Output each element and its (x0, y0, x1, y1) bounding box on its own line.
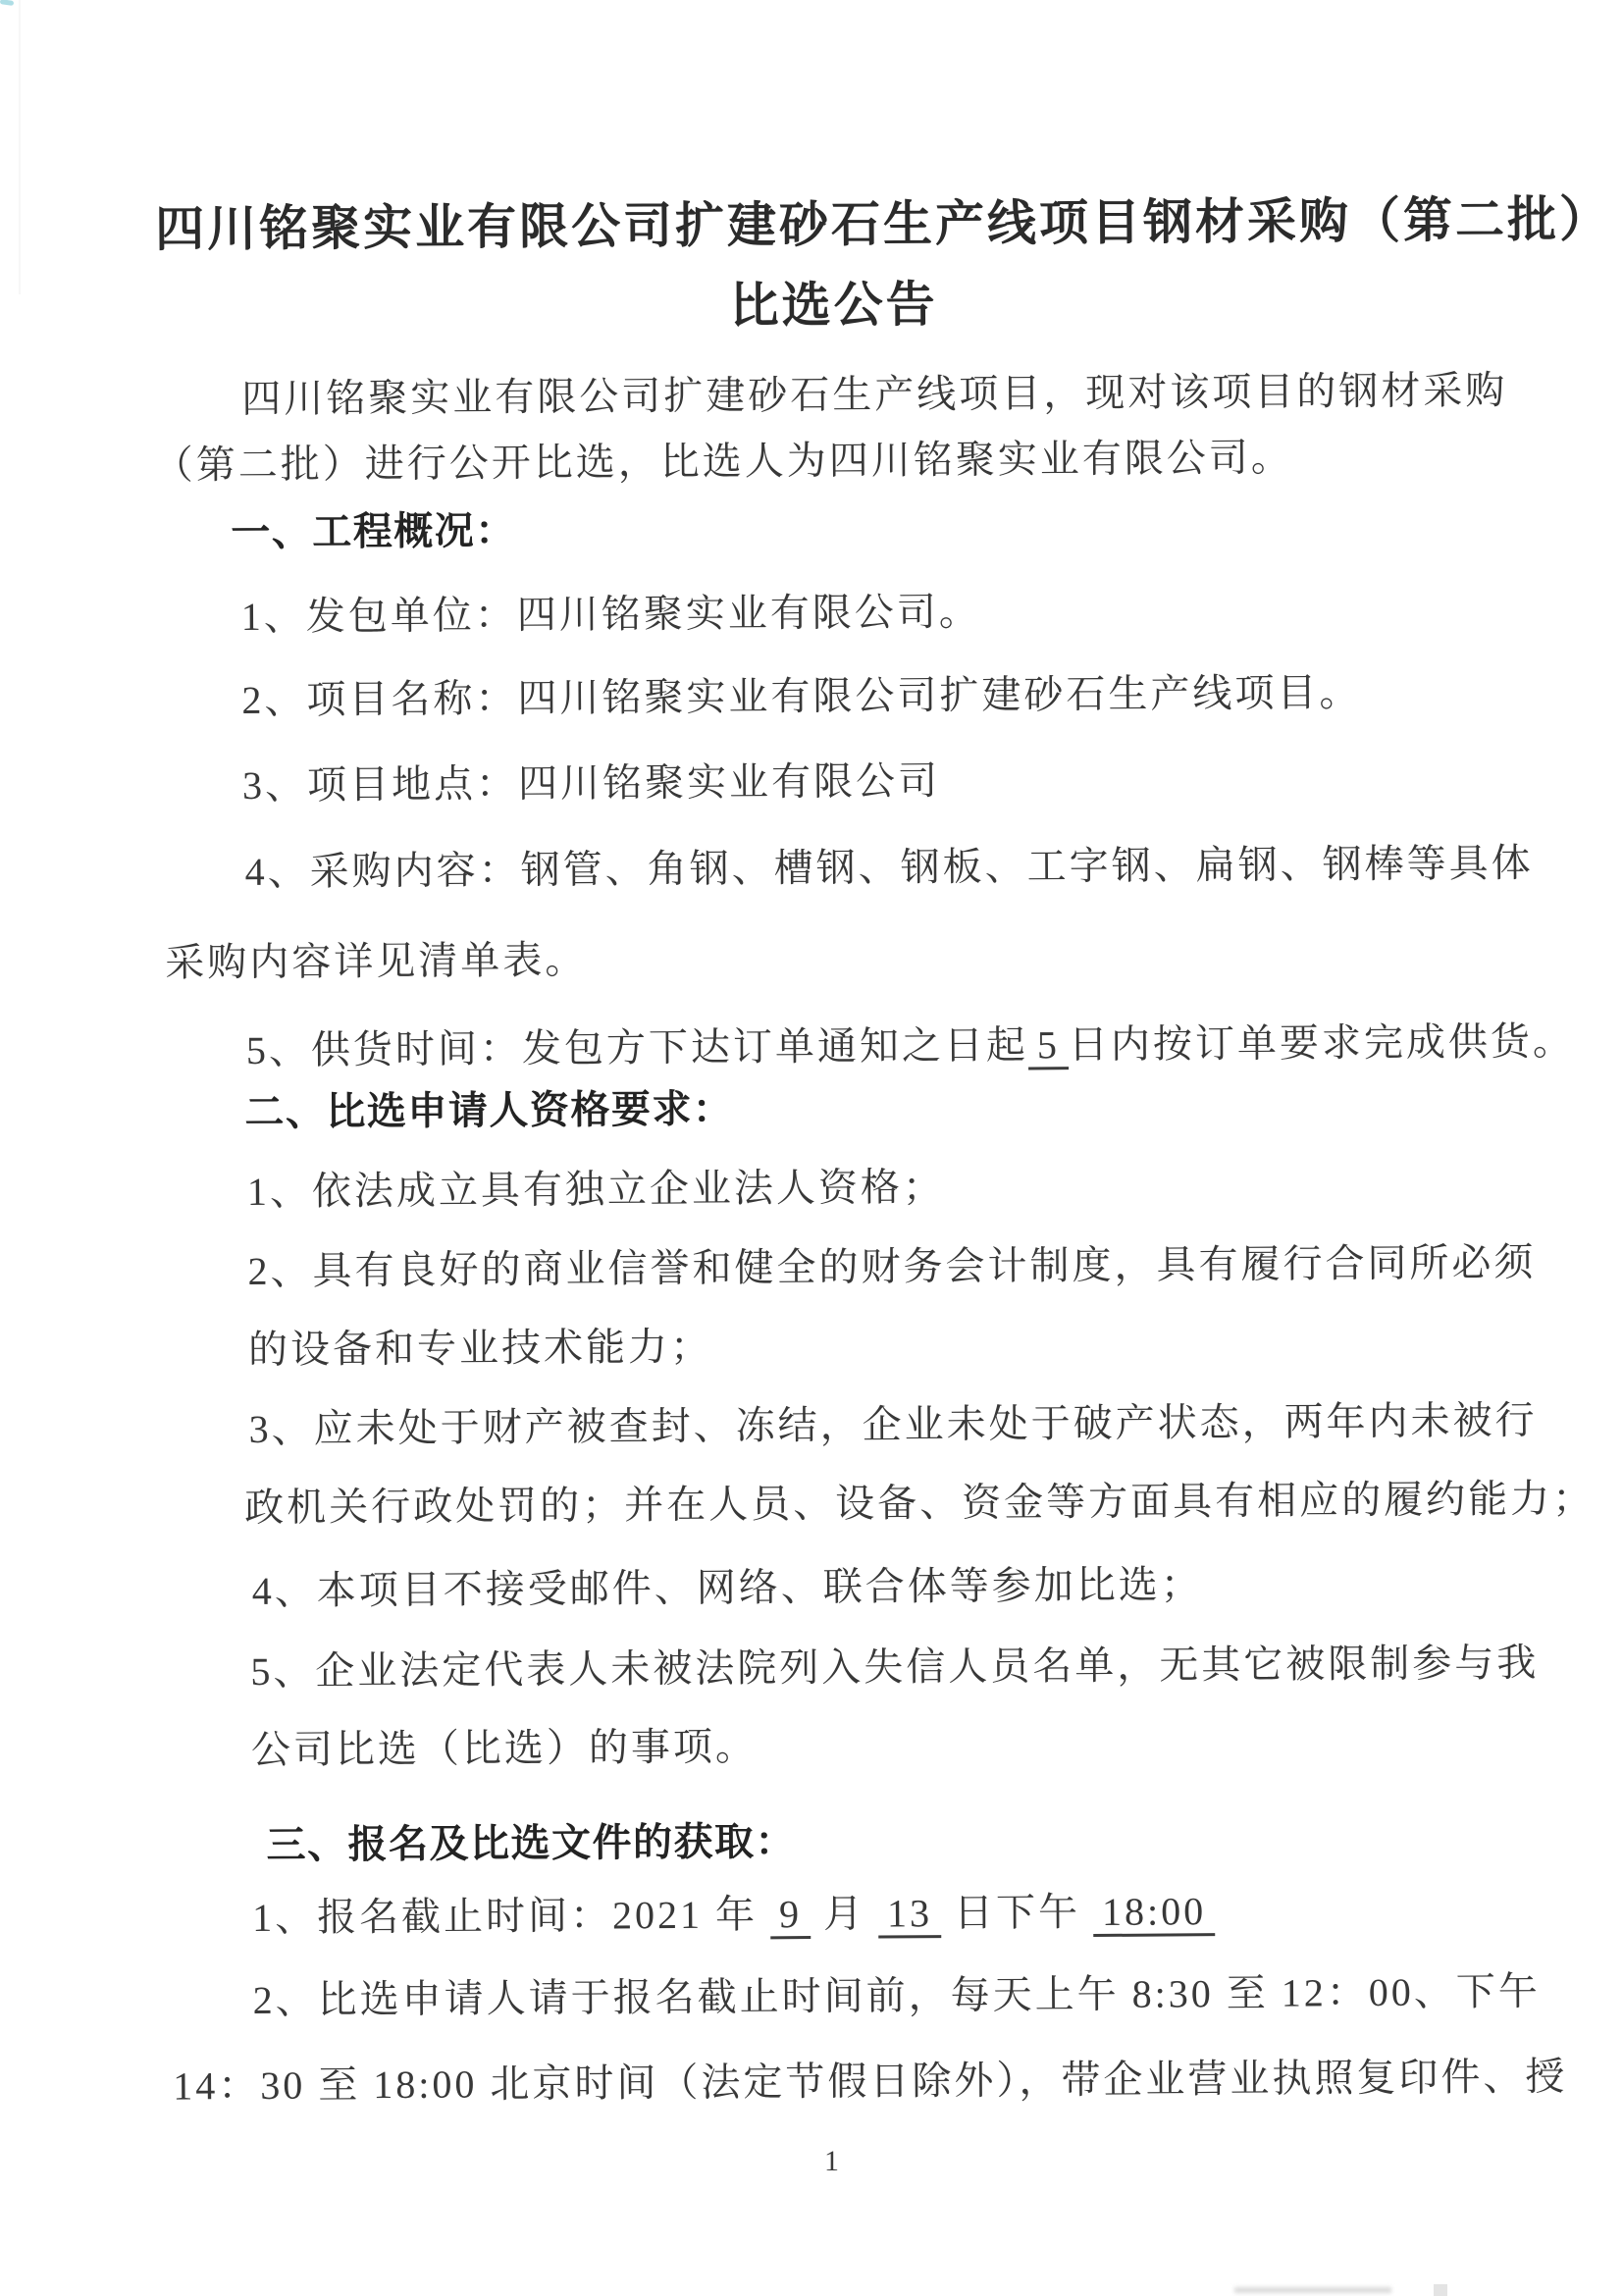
section3-item1-mid1: 月 (823, 1892, 865, 1936)
section3-item1-prefix: 1、报名截止时间：2021 年 (252, 1892, 758, 1940)
section3-item2-line2: 14：30 至 18:00 北京时间（法定节假日除外），带企业营业执照复印件、授 (173, 2056, 1567, 2109)
section1-item3: 3、项目地点：四川铭聚实业有限公司 (242, 759, 940, 808)
document-page: 四川铭聚实业有限公司扩建砂石生产线项目钢材采购（第二批） 比选公告 四川铭聚实业… (0, 0, 1623, 2296)
section1-item5-suffix: 日内按订单要求完成供货。 (1069, 1019, 1575, 1068)
section3-item1: 1、报名截止时间：2021 年 9 月 13 日下午 18:00 (252, 1890, 1215, 1940)
document-content: 四川铭聚实业有限公司扩建砂石生产线项目钢材采购（第二批） 比选公告 四川铭聚实业… (0, 0, 1623, 2296)
section1-heading: 一、工程概况： (231, 509, 516, 554)
section2-item4: 4、本项目不接受邮件、网络、联合体等参加比选； (252, 1563, 1203, 1613)
section2-item1: 1、依法成立具有独立企业法人资格； (247, 1166, 945, 1214)
section1-item5-days-underlined: 5 (1028, 1022, 1069, 1070)
section3-item1-time-underlined: 18:00 (1093, 1889, 1215, 1937)
intro-line1: 四川铭聚实业有限公司扩建砂石生产线项目，现对该项目的钢材采购 (241, 369, 1507, 421)
section2-item3-line1: 3、应未处于财产被查封、冻结，企业未处于破产状态，两年内未被行 (248, 1399, 1537, 1451)
section3-item1-mid2: 日下午 (954, 1890, 1080, 1935)
page-number: 1 (824, 2145, 839, 2178)
section3-item1-day-underlined: 13 (878, 1891, 941, 1938)
section1-item4-line1: 4、采购内容：钢管、角钢、槽钢、钢板、工字钢、扁钢、钢棒等具体 (245, 842, 1534, 894)
scan-artifact-faint-line (19, 0, 21, 294)
section1-item2: 2、项目名称：四川铭聚实业有限公司扩建砂石生产线项目。 (241, 671, 1361, 722)
section2-item5-line2: 公司比选（比选）的事项。 (251, 1725, 758, 1772)
section2-item3-line2: 政机关行政处罚的；并在人员、设备、资金等方面具有相应的履约能力； (244, 1477, 1595, 1530)
section3-item2-line1: 2、比选申请人请于报名截止时间前，每天上午 8:30 至 12：00、下午 (253, 1970, 1541, 2022)
intro-line2: （第二批）进行公开比选，比选人为四川铭聚实业有限公司。 (154, 437, 1293, 488)
section2-item5-line1: 5、企业法定代表人未被法院列入失信人员名单，无其它被限制参与我 (250, 1642, 1539, 1694)
document-title-line2: 比选公告 (729, 277, 937, 333)
section2-item2-line1: 2、具有良好的商业信誉和健全的财务会计制度，具有履行合同所必须 (247, 1241, 1536, 1293)
section1-item1: 1、发包单位：四川铭聚实业有限公司。 (241, 591, 981, 639)
section1-item4-line2: 采购内容详见清单表。 (165, 939, 587, 985)
section1-item5: 5、供货时间：发包方下达订单通知之日起5日内按订单要求完成供货。 (246, 1020, 1575, 1072)
document-title-line1: 四川铭聚实业有限公司扩建砂石生产线项目钢材采购（第二批） (155, 191, 1611, 256)
section1-item5-prefix: 5、供货时间：发包方下达订单通知之日起 (246, 1022, 1028, 1072)
scan-artifact-smudge (1234, 2287, 1391, 2293)
section2-heading: 二、比选申请人资格要求： (244, 1088, 733, 1134)
section3-heading: 三、报名及比选文件的获取： (266, 1820, 796, 1867)
scan-artifact-square (1434, 2284, 1447, 2296)
section3-item1-month-underlined: 9 (770, 1892, 811, 1939)
section2-item2-line2: 的设备和专业技术能力； (248, 1326, 712, 1372)
